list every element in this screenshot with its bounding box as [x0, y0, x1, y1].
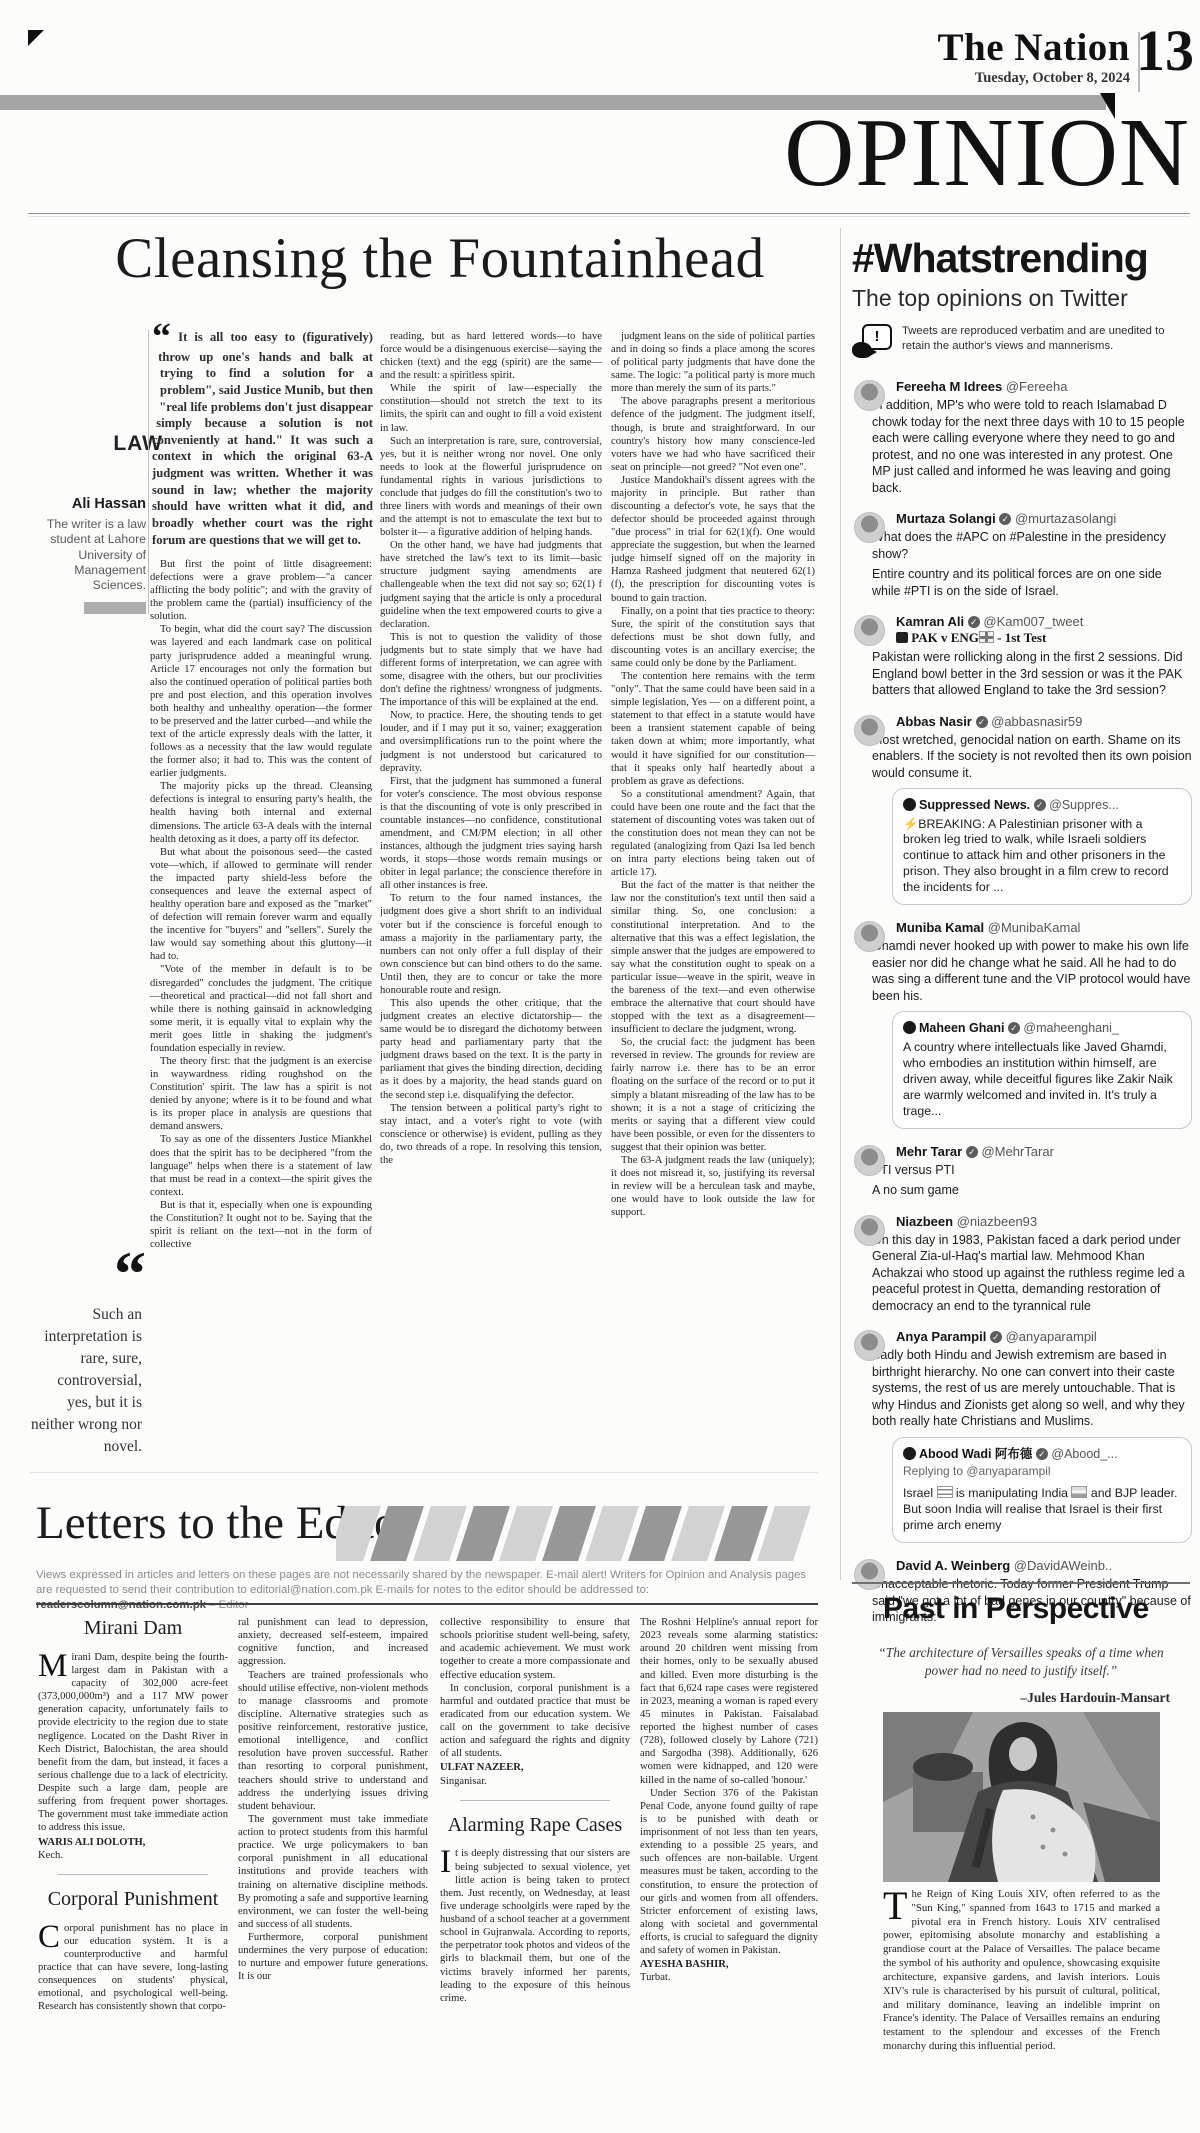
tweet-text: PTI versus PTI [872, 1162, 1192, 1179]
tweet: Abbas Nasir ✓ @abbasnasir59 Most wretche… [852, 714, 1192, 906]
article-byline: Ali Hassan The writer is a law student a… [30, 496, 146, 614]
verified-icon: ✓ [966, 1146, 978, 1158]
verified-icon: ✓ [1036, 1448, 1048, 1460]
verbatim-note-text: Tweets are reproduced verbatim and are u… [902, 324, 1192, 353]
article-paragraph: The contention here remains with the ter… [611, 670, 815, 788]
letters-disclaimer: Views expressed in articles and letters … [36, 1568, 818, 1612]
avatar [903, 798, 916, 811]
letter-paragraph: The Roshni Helpline's annual report for … [640, 1616, 818, 1787]
letter-heading: Corporal Punishment [38, 1887, 228, 1912]
pull-quote-marks-icon: “ [30, 1258, 142, 1290]
article-paragraph: But what about the poisonous seed—the ca… [150, 846, 372, 964]
letter-paragraph: Teachers are trained professionals who s… [238, 1669, 428, 1813]
avatar [854, 715, 885, 746]
tweet-author: Mehr Tarar [896, 1144, 962, 1159]
letter-paragraph: ral punishment can lead to depression, a… [238, 1616, 428, 1669]
replying-to: Replying to @anyaparampil [903, 1464, 1181, 1480]
tweet-author: David A. Weinberg [896, 1558, 1010, 1573]
tweet: Murtaza Solangi ✓ @murtazasolangi What d… [852, 511, 1192, 599]
letter-paragraph: It is deeply distressing that our sister… [440, 1847, 630, 2005]
tweet-author: Maheen Ghani [919, 1021, 1004, 1035]
past-section-rule [852, 1582, 1190, 1584]
avatar [854, 380, 885, 411]
avatar [903, 1447, 916, 1460]
article-paragraph: To begin, what did the court say? The di… [150, 623, 372, 780]
whatstrending-title: #Whatstrending [852, 238, 1192, 279]
verbatim-note: ! Tweets are reproduced verbatim and are… [852, 324, 1192, 364]
tweet: Fereeha M Idrees @Fereeha In addition, M… [852, 379, 1192, 496]
page-number: 13 [1136, 22, 1194, 80]
section-title: OPINION [784, 104, 1190, 201]
tweet-text: A no sum game [872, 1182, 1192, 1199]
whatstrending-subtitle: The top opinions on Twitter [852, 287, 1192, 310]
corner-mark [28, 30, 44, 46]
avatar [854, 615, 885, 646]
letter-heading: Alarming Rape Cases [440, 1813, 630, 1838]
tweet-handle: @MunibaKamal [988, 920, 1081, 935]
verified-icon: ✓ [976, 716, 988, 728]
letter-heading: Mirani Dam [38, 1616, 228, 1641]
letters-column-4: The Roshni Helpline's annual report for … [640, 1616, 818, 2133]
author-bio: The writer is a law student at Lahore Un… [30, 517, 146, 594]
letters-rule [36, 1603, 818, 1605]
article-paragraph: On the other hand, we have had judgments… [380, 539, 602, 631]
past-quote: “The architecture of Versailles speaks o… [860, 1644, 1182, 1680]
avatar [854, 1215, 885, 1246]
article-paragraph: While the spirit of law—especially the c… [380, 382, 602, 434]
article-paragraph: "Vote of the member in default is to be … [150, 963, 372, 1055]
tweet-author: Anya Parampil [896, 1329, 986, 1344]
tweet-text: Pakistan were rollicking along in the fi… [872, 649, 1192, 699]
article-column-3: judgment leans on the side of political … [611, 330, 815, 1470]
letter-paragraph: collective responsibility to ensure that… [440, 1616, 630, 1682]
letters-column-3: collective responsibility to ensure that… [440, 1616, 630, 2133]
masthead-rule [28, 213, 1190, 214]
tweet-handle: @MehrTarar [981, 1144, 1053, 1159]
quoted-tweet-text: A country where intellectuals like Javed… [903, 1040, 1181, 1120]
article-paragraph: So a constitutional amendment? Again, th… [611, 788, 815, 880]
tweet-author: Suppressed News. [919, 798, 1030, 812]
quoted-tweet: Abood Wadi 阿布德 ✓ @Abood_... Replying to … [892, 1437, 1192, 1543]
verified-icon: ✓ [990, 1331, 1002, 1343]
letters-column-1: Mirani Dam Mirani Dam, despite being the… [38, 1616, 228, 2133]
article-paragraph: Now, to practice. Here, the shouting ten… [380, 709, 602, 774]
letters-banner-stripes [336, 1506, 818, 1561]
letter-paragraph: Furthermore, corporal punishment undermi… [238, 1931, 428, 1984]
newspaper-page: The Nation Tuesday, October 8, 2024 13 O… [0, 0, 1200, 2133]
tweet: Anya Parampil ✓ @anyaparampil Sadly both… [852, 1329, 1192, 1543]
byline-rule [148, 330, 149, 614]
verified-icon: ✓ [1034, 799, 1046, 811]
pull-quote: “ Such an interpretation is rare, sure, … [30, 1258, 142, 1458]
avatar [854, 1145, 885, 1176]
article-paragraph: The 63-A judgment reads the law (uniquel… [611, 1154, 815, 1219]
tweet-author: Abbas Nasir [896, 714, 972, 729]
letter-signature: AYESHA BASHIR, [640, 1958, 818, 1971]
avatar [903, 1021, 916, 1034]
column-divider [840, 228, 841, 1580]
tweet-text: On this day in 1983, Pakistan faced a da… [872, 1232, 1192, 1315]
tweet-handle: @Abood_... [1051, 1447, 1117, 1461]
article-paragraph: The theory first: that the judgment is a… [150, 1055, 372, 1133]
verified-icon: ✓ [999, 513, 1011, 525]
avatar [854, 1559, 885, 1590]
article-kicker: LAW [36, 432, 163, 456]
tweet-author: Abood Wadi 阿布德 [919, 1447, 1032, 1461]
tweet-handle: @anyaparampil [1006, 1329, 1097, 1344]
paper-name: The Nation [938, 28, 1130, 67]
past-body: The Reign of King Louis XIV, often refer… [883, 1888, 1160, 2098]
tweet-text: What does the #APC on #Palestine in the … [872, 529, 1192, 562]
paper-date: Tuesday, October 8, 2024 [938, 70, 1130, 87]
article-headline: Cleansing the Fountainhead [60, 226, 820, 291]
letter-divider [58, 1874, 208, 1875]
article-paragraph: But first the point of little disagreeme… [150, 558, 372, 623]
letter-paragraph: Under Section 376 of the Pakistan Penal … [640, 1787, 818, 1958]
article-paragraph: reading, but as hard lettered words—to h… [380, 330, 602, 382]
scorecard-icon [896, 632, 908, 643]
article-paragraph: This also upends the other critique, tha… [380, 997, 602, 1102]
quoted-tweet: Suppressed News. ✓ @Suppres... ⚡BREAKING… [892, 788, 1192, 905]
tweet-handle: @niazbeen93 [957, 1214, 1037, 1229]
article-column-2: reading, but as hard lettered words—to h… [380, 330, 602, 1470]
letter-divider [460, 1800, 610, 1801]
twitter-bird-icon: ! [852, 324, 892, 364]
letter-signature: WARIS ALI DOLOTH, [38, 1836, 228, 1849]
tweet-text: Ghamdi never hooked up with power to mak… [872, 938, 1192, 1004]
article-column-1: But first the point of little disagreeme… [150, 558, 372, 1470]
quoted-tweet-text: Israel is manipulating India and BJP lea… [903, 1486, 1181, 1534]
tweet-match-line: PAK v ENG - 1st Test [896, 630, 1192, 646]
article-paragraph: First, that the judgment has summoned a … [380, 775, 602, 893]
letters-column-2: ral punishment can lead to depression, a… [238, 1616, 428, 2133]
tweet-handle: @DavidAWeinb.. [1014, 1558, 1112, 1573]
article-paragraph: Such an interpretation is rare, sure, co… [380, 435, 602, 540]
tweet-text: Most wretched, genocidal nation on earth… [872, 732, 1192, 782]
article-paragraph: The tension between a political party's … [380, 1102, 602, 1167]
tweet-author: Muniba Kamal [896, 920, 984, 935]
letter-city: Singanisar. [440, 1775, 630, 1788]
past-title: Past in Perspective [883, 1592, 1162, 1626]
tweet-text: Sadly both Hindu and Jewish extremism ar… [872, 1347, 1192, 1430]
article-paragraph: To return to the four named instances, t… [380, 892, 602, 997]
tweet-author: Kamran Ali [896, 614, 964, 629]
article-paragraph: But the fact of the matter is that neith… [611, 879, 815, 1036]
tweet-handle: @abbasnasir59 [991, 714, 1082, 729]
article-paragraph: Finally, on a point that ties practice t… [611, 605, 815, 670]
tweet-handle: @murtazasolangi [1015, 511, 1116, 526]
article-end-rule [30, 1472, 818, 1473]
pull-quote-text: Such an interpretation is rare, sure, co… [30, 1304, 142, 1458]
article-intro: “ It is all too easy to (figuratively) t… [152, 326, 373, 548]
past-quote-attribution: –Jules Hardouin-Mansart [860, 1690, 1182, 1706]
letter-paragraph: Mirani Dam, despite being the fourth-lar… [38, 1651, 228, 1835]
tweet-text: Entire country and its political forces … [872, 566, 1192, 599]
article-paragraph: judgment leans on the side of political … [611, 330, 815, 395]
author-name: Ali Hassan [30, 496, 146, 512]
tweet-author: Murtaza Solangi [896, 511, 996, 526]
tweet-author: Niazbeen [896, 1214, 953, 1229]
whatstrending-section: #Whatstrending The top opinions on Twitt… [852, 238, 1192, 1630]
nameplate: The Nation Tuesday, October 8, 2024 [938, 28, 1130, 87]
tweet: Mehr Tarar ✓ @MehrTarar PTI versus PTI A… [852, 1144, 1192, 1199]
tweet: Niazbeen @niazbeen93 On this day in 1983… [852, 1214, 1192, 1315]
louis-xiv-portrait [883, 1712, 1160, 1882]
intro-text: It is all too easy to (figuratively) thr… [152, 330, 373, 547]
quoted-tweet-text: ⚡BREAKING: A Palestinian prisoner with a… [903, 817, 1181, 897]
india-flag-icon [1071, 1486, 1087, 1498]
masthead-rule-shadow [28, 216, 1190, 217]
israel-flag-icon [937, 1486, 953, 1498]
england-flag-icon [979, 631, 994, 643]
verified-icon: ✓ [968, 616, 980, 628]
byline-underline [84, 602, 146, 614]
verified-icon: ✓ [1008, 1022, 1020, 1034]
tweet-handle: @Fereeha [1006, 379, 1068, 394]
tweet-text: In addition, MP's who were told to reach… [872, 397, 1192, 496]
tweet-author: Fereeha M Idrees [896, 379, 1002, 394]
article-paragraph: Justice Mandokhail's dissent agrees with… [611, 474, 815, 605]
letter-paragraph: In conclusion, corporal punishment is a … [440, 1682, 630, 1761]
article-paragraph: But is that it, especially when one is e… [150, 1199, 372, 1251]
article-paragraph: This is not to question the validity of … [380, 631, 602, 709]
tweet-handle: @Kam007_tweet [983, 614, 1083, 629]
tweet: Muniba Kamal @MunibaKamal Ghamdi never h… [852, 920, 1192, 1128]
article-paragraph: The majority picks up the thread. Cleans… [150, 780, 372, 845]
article-paragraph: The above paragraphs present a meritorio… [611, 395, 815, 473]
tweet-handle: @maheenghani_ [1023, 1021, 1118, 1035]
letter-city: Turbat. [640, 1971, 818, 1984]
article-paragraph: So, the crucial fact: the judgment has b… [611, 1036, 815, 1154]
quoted-tweet: Maheen Ghani ✓ @maheenghani_ A country w… [892, 1011, 1192, 1128]
letter-city: Kech. [38, 1849, 228, 1862]
tweet-handle: @Suppres... [1049, 798, 1119, 812]
article-paragraph: To say as one of the dissenters Justice … [150, 1133, 372, 1198]
avatar [854, 512, 885, 543]
letter-paragraph: The government must take immediate actio… [238, 1813, 428, 1931]
letter-signature: ULFAT NAZEER, [440, 1761, 630, 1774]
letter-paragraph: Corporal punishment has no place in our … [38, 1922, 228, 2014]
tweet: Kamran Ali ✓ @Kam007_tweet PAK v ENG - 1… [852, 614, 1192, 699]
